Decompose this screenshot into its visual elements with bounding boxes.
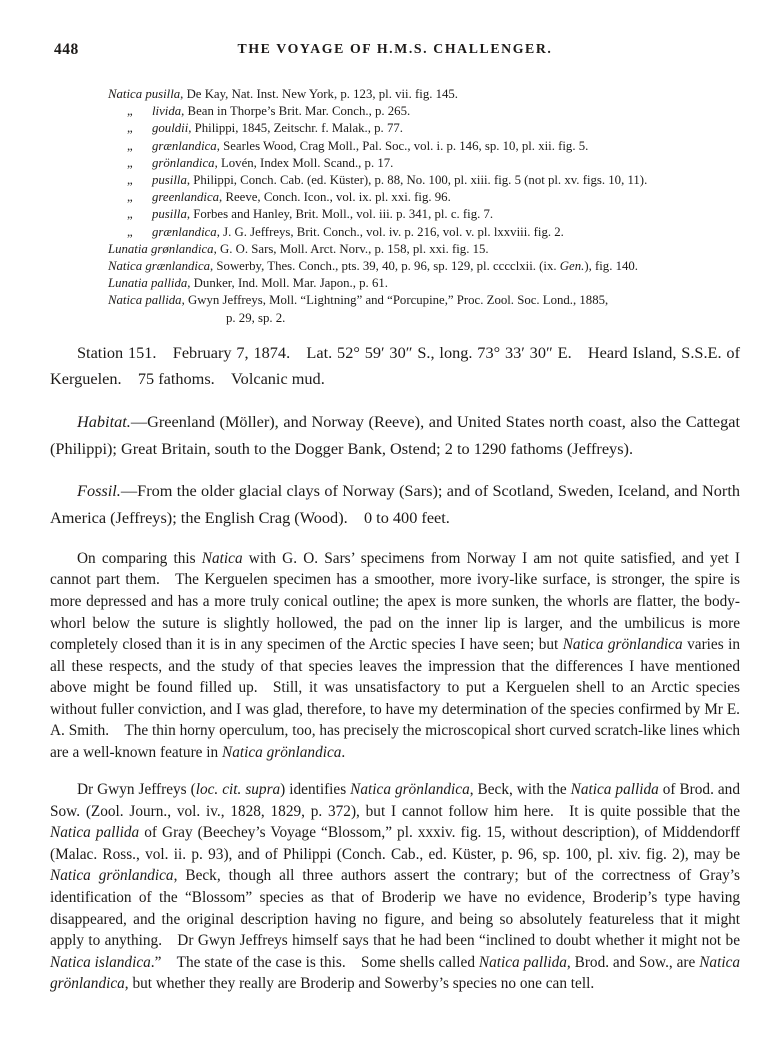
running-title: THE VOYAGE OF H.M.S. CHALLENGER. [50,41,740,57]
synonymy-entry: Lunatia grønlandica, G. O. Sars, Moll. A… [108,241,740,258]
synonymy-list: Natica pusilla, De Kay, Nat. Inst. New Y… [108,86,740,327]
synonymy-entry: Lunatia pallida, Dunker, Ind. Moll. Mar.… [108,275,740,292]
synonymy-entry: „grænlandica, Searles Wood, Crag Moll., … [108,138,740,155]
synonymy-entry: „greenlandica, Reeve, Conch. Icon., vol.… [108,189,740,206]
station-paragraph: Station 151. February 7, 1874. Lat. 52° … [50,340,740,393]
synonymy-entry: „pusilla, Forbes and Hanley, Brit. Moll.… [108,206,740,223]
synonymy-entry: Natica pusilla, De Kay, Nat. Inst. New Y… [108,86,740,103]
habitat-paragraph: Habitat.—Greenland (Möller), and Norway … [50,409,740,462]
fossil-paragraph: Fossil.—From the older glacial clays of … [50,478,740,531]
synonymy-entry: „grænlandica, J. G. Jeffreys, Brit. Conc… [108,224,740,241]
synonymy-entry: „gouldii, Philippi, 1845, Zeitschr. f. M… [108,120,740,137]
text-block: 448 THE VOYAGE OF H.M.S. CHALLENGER. Nat… [50,0,740,995]
discussion-paragraph-2: Dr Gwyn Jeffreys (loc. cit. supra) ident… [50,779,740,995]
book-page: 448 THE VOYAGE OF H.M.S. CHALLENGER. Nat… [0,0,776,1050]
synonymy-entry: Natica pallida, Gwyn Jeffreys, Moll. “Li… [108,292,740,309]
page-header: 448 THE VOYAGE OF H.M.S. CHALLENGER. [50,0,740,59]
synonymy-entry: „livida, Bean in Thorpe’s Brit. Mar. Con… [108,103,740,120]
synonymy-entry: Natica grænlandica, Sowerby, Thes. Conch… [108,258,740,275]
synonymy-entry: „grönlandica, Lovén, Index Moll. Scand.,… [108,155,740,172]
synonymy-entry: p. 29, sp. 2. [108,310,740,327]
synonymy-entry: „pusilla, Philippi, Conch. Cab. (ed. Küs… [108,172,740,189]
page-number: 448 [54,41,79,59]
discussion-paragraph-1: On comparing this Natica with G. O. Sars… [50,548,740,764]
